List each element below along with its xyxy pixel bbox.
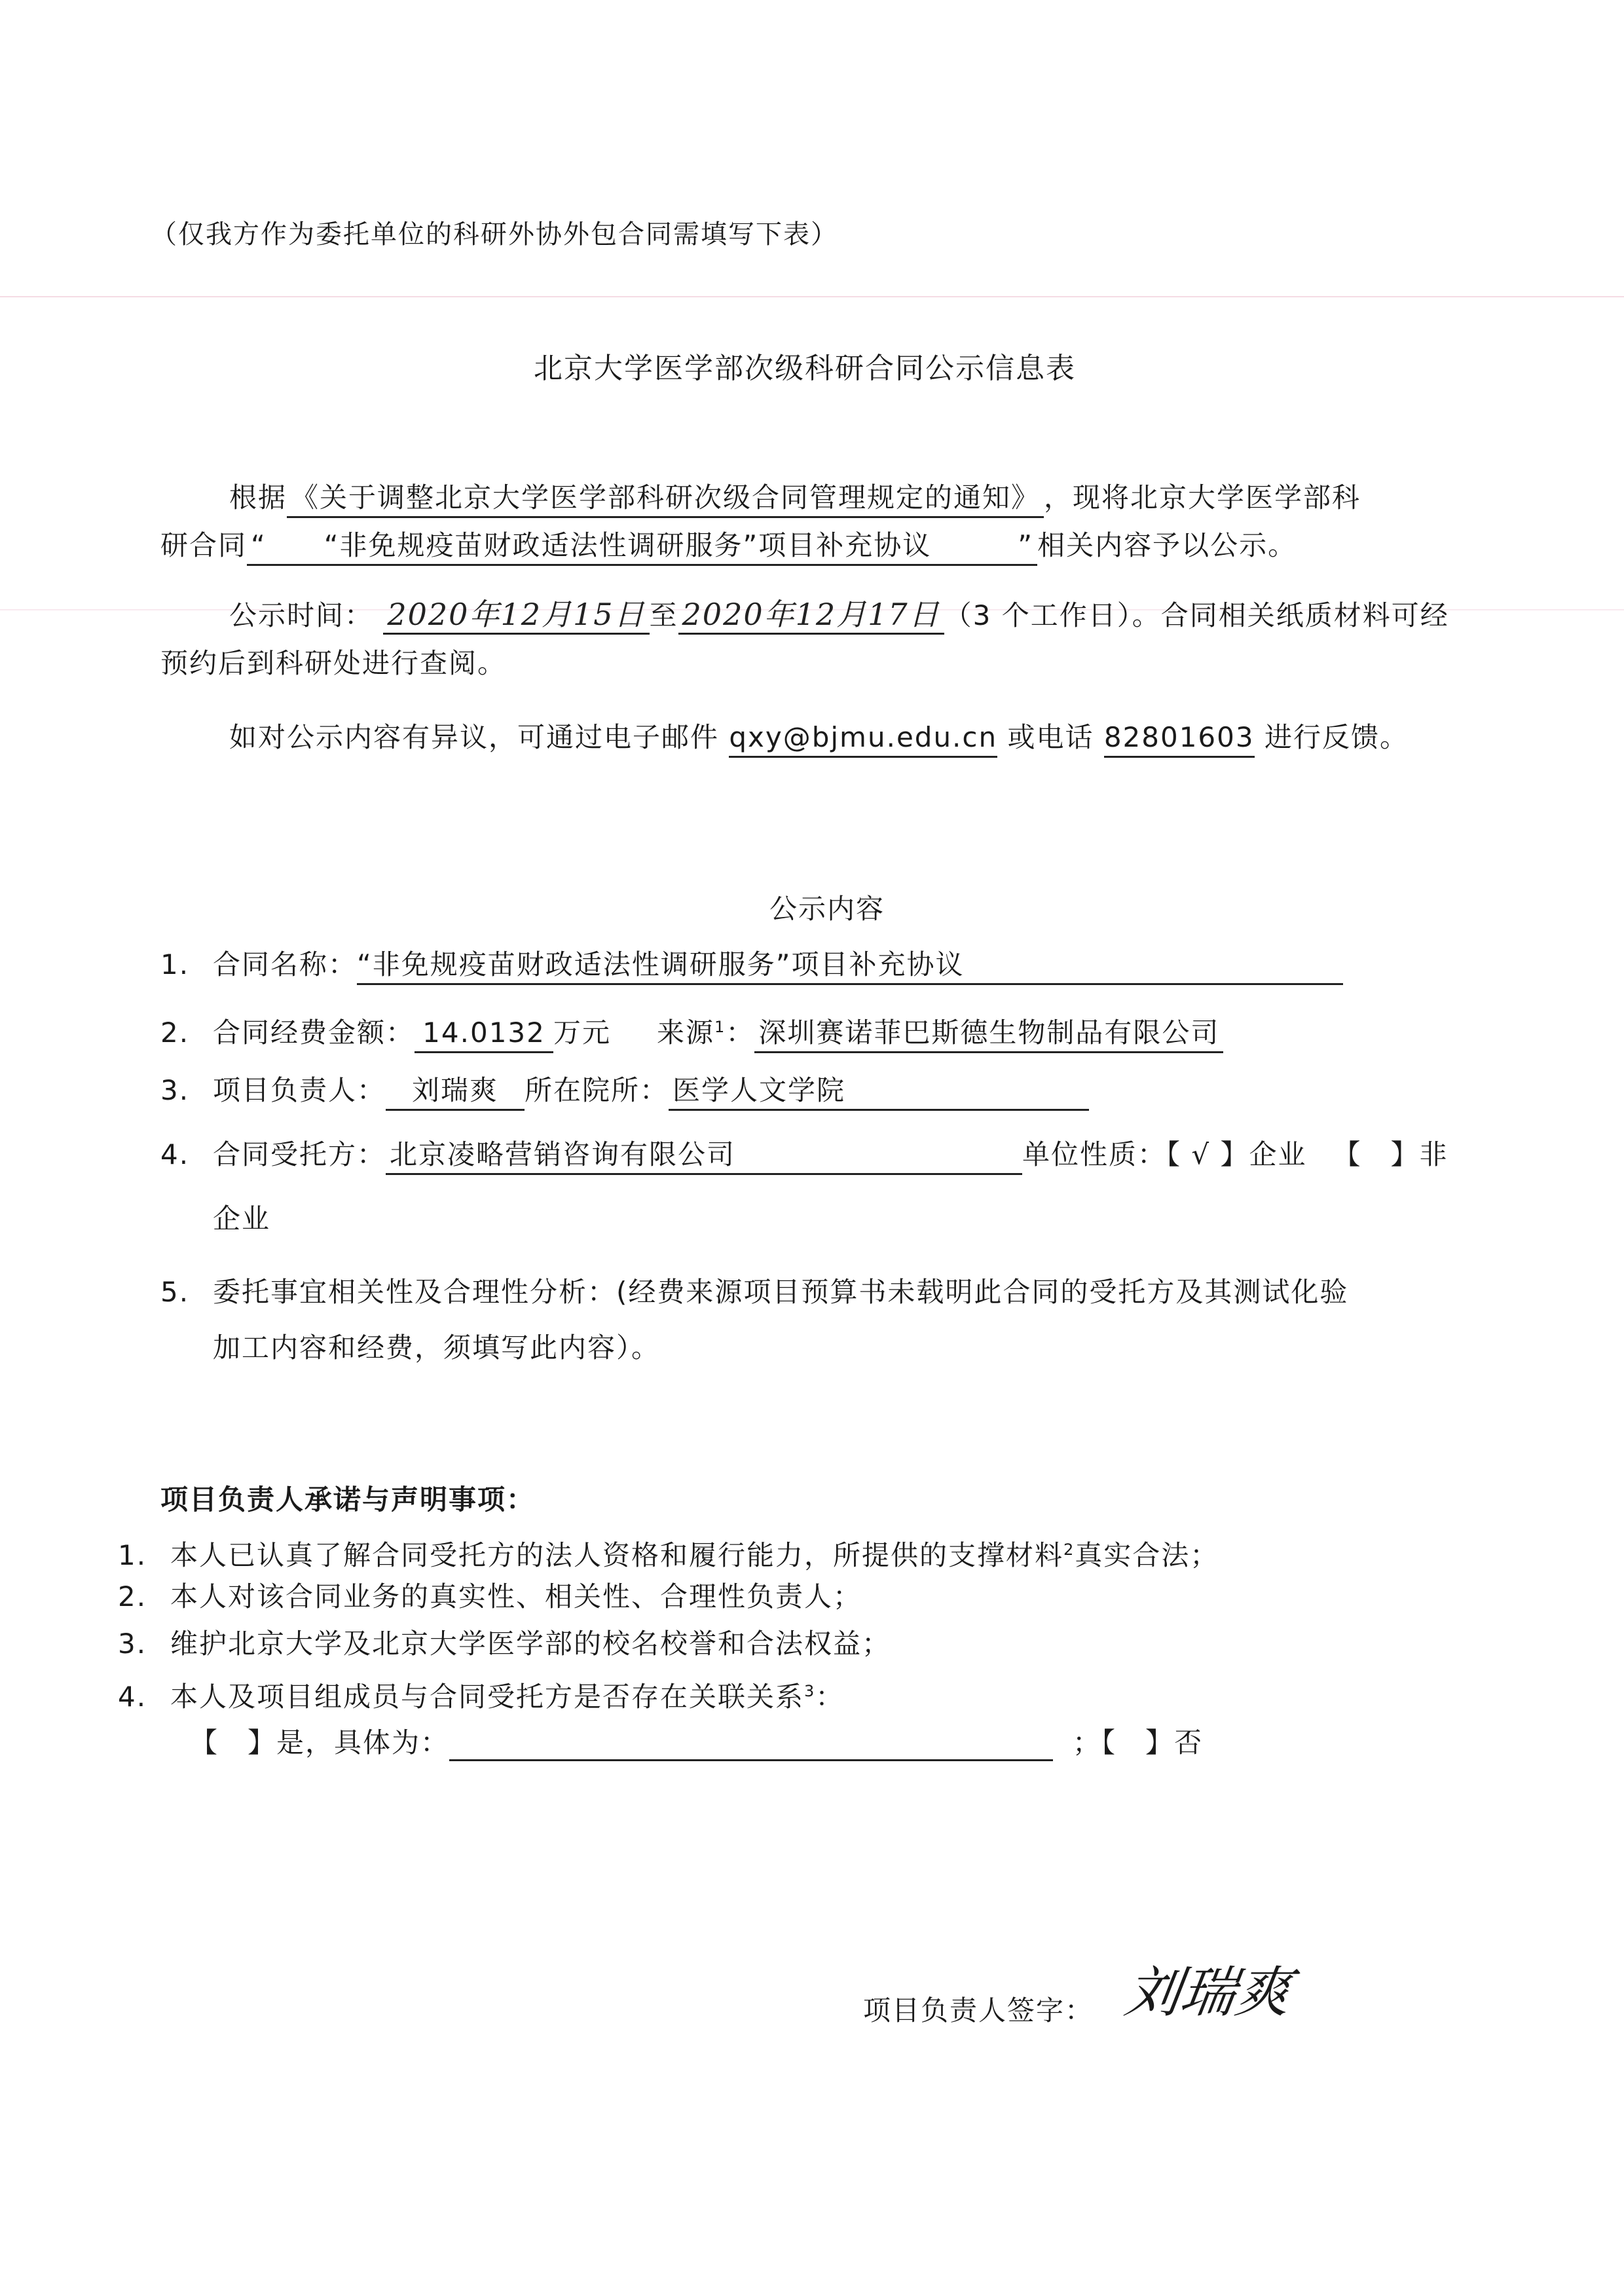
non-enterprise-checkbox[interactable]: 【 】 [1333,1138,1420,1170]
item-analysis: 5.委托事宜相关性及合理性分析：(经费来源项目预算书未载明此合同的受托方及其测试… [160,1274,1348,1311]
enterprise-checkbox[interactable]: 【 √ 】 [1166,1138,1249,1170]
item-trustee: 4.合同受托方：北京凌略营销咨询有限公司单位性质：【 √ 】企业【 】非 [160,1136,1449,1175]
page-title: 北京大学医学部次级科研合同公示信息表 [534,350,1076,387]
commitment-item: 3.维护北京大学及北京大学医学部的校名校誉和合法权益； [118,1626,891,1662]
publicity-period: 公示时间： 2020年12月15日至2020年12月17日（3 个工作日）。合同… [229,596,1449,635]
commitment-item: 1.本人已认真了解合同受托方的法人资格和履行能力，所提供的支撑材料2真实合法； [118,1531,1219,1574]
content-heading: 公示内容 [769,891,885,927]
related-party-options: 【 】是，具体为：；【 】否 [190,1725,1203,1761]
item-analysis-line-2: 加工内容和经费，须填写此内容）。 [213,1330,660,1366]
non-enterprise-label-cont: 企业 [213,1201,270,1237]
trustee-name: 北京凌略营销咨询有限公司 [386,1136,1022,1175]
related-yes-checkbox[interactable]: 【 】 [190,1726,276,1759]
pi-department: 医学人文学院 [669,1072,1089,1111]
feedback-email[interactable]: qxy@bjmu.edu.cn [729,719,997,758]
commitment-item: 2.本人对该合同业务的真实性、相关性、合理性负责人； [118,1578,862,1615]
item-contract-name: 1.合同名称：“非免规疫苗财政适法性调研服务”项目补充协议 [160,946,1343,985]
related-no-checkbox[interactable]: 【 】 [1101,1726,1174,1759]
publicity-period-line-2: 预约后到科研处进行查阅。 [160,645,506,682]
commitments-heading: 项目负责人承诺与声明事项： [160,1482,535,1518]
notice-link[interactable]: 《关于调整北京大学医学部科研次级合同管理规定的通知》 [287,479,1044,518]
intro-line-2: 研合同“ “非免规疫苗财政适法性调研服务”项目补充协议 ”相关内容予以公示。 [160,527,1297,566]
funding-amount: 14.0132 [415,1015,553,1053]
end-date-handwritten: 2020年12月17日 [678,596,944,635]
item-pi: 3.项目负责人：刘瑞爽所在院所：医学人文学院 [160,1072,1089,1111]
intro-line-1: 根据《关于调整北京大学医学部科研次级合同管理规定的通知》，现将北京大学医学部科 [229,479,1361,518]
feedback-line: 如对公示内容有异议，可通过电子邮件 qxy@bjmu.edu.cn 或电话 82… [229,719,1409,758]
signature-handwritten: 刘瑞爽 [1120,1949,1297,2028]
pi-name: 刘瑞爽 [386,1072,525,1111]
item-funding: 2.合同经费金额：14.0132万元来源1：深圳赛诺菲巴斯德生物制品有限公司 [160,1009,1223,1053]
start-date-handwritten: 2020年12月15日 [383,596,649,635]
contract-name-value: “非免规疫苗财政适法性调研服务”项目补充协议 [357,946,1343,985]
signature-label: 项目负责人签字： [863,1992,1094,2029]
related-detail-field[interactable] [449,1728,1053,1761]
commitment-item: 4.本人及项目组成员与合同受托方是否存在关联关系3： [118,1673,844,1715]
header-note: （仅我方作为委托单位的科研外协外包合同需填写下表） [151,216,838,253]
funding-source: 深圳赛诺菲巴斯德生物制品有限公司 [754,1015,1223,1053]
feedback-phone[interactable]: 82801603 [1104,719,1255,758]
contract-title-field: “ “非免规疫苗财政适法性调研服务”项目补充协议 ” [247,527,1037,566]
